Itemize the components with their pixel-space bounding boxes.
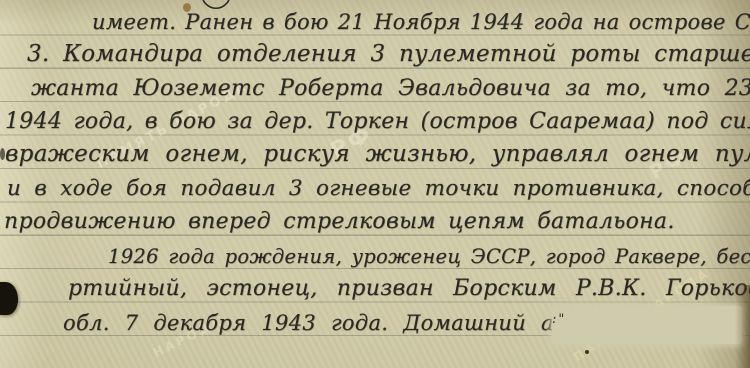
cutoff-pen-stroke (200, 0, 232, 13)
handwritten-line: 1944 года, в бою за дер. Торкен (остров … (5, 111, 750, 133)
edge-speck (0, 148, 5, 160)
handwritten-line: 1926 года рождения, уроженец ЭССР, город… (108, 247, 750, 267)
handwritten-line: имеет. Ранен в бою 21 Ноября 1944 года н… (92, 12, 750, 33)
handwritten-line: жанта Юоземетс Роберта Эвальдовича за то… (31, 78, 750, 100)
ink-speck (585, 350, 589, 354)
scan-edge-shadow (735, 285, 750, 368)
redacted-address-patch (552, 306, 742, 344)
scanned-document-page: ПАМЯТЬ НАРОДА РФ ПАМЯТЬ НАРОДА РФ НАРОДА… (0, 0, 750, 368)
handwritten-line: продвижению вперед стрелковым цепям бата… (4, 211, 675, 233)
paper-stain-dot (183, 3, 191, 12)
handwritten-line: ртийный, эстонец, призван Борским Р.В.К.… (68, 278, 750, 300)
handwritten-line: вражеским огнем, рискуя жизнью, управлял… (5, 143, 750, 166)
handwritten-line: обл. 7 декабря 1943 года. Домашний адрес… (63, 313, 613, 334)
address-punctuation-marks: :" (552, 312, 566, 327)
handwritten-line: и в ходе боя подавил 3 огневые точки про… (7, 178, 750, 200)
handwritten-line: 3. Командира отделения 3 пулеметной роты… (27, 43, 750, 66)
